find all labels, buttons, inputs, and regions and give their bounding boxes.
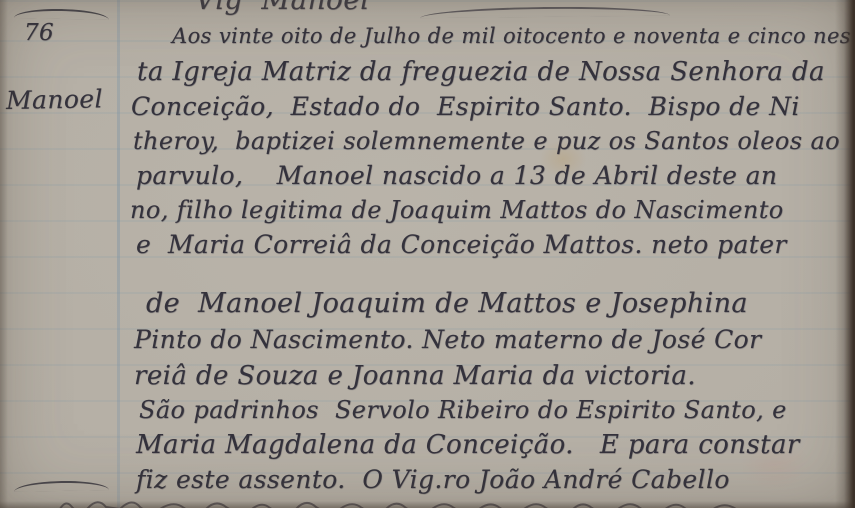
margin-vertical-rule [117, 0, 120, 508]
record-number: 76 [24, 20, 54, 46]
page-edge-shadow-left [0, 0, 8, 508]
margin-baptized-name: Manoel [6, 84, 103, 115]
manuscript-line: ta Igreja Matriz da freguezia de Nossa S… [137, 57, 825, 87]
manuscript-line: São padrinhos Servolo Ribeiro do Espirit… [139, 396, 787, 424]
page-edge-shadow-bottom [0, 501, 855, 508]
cropped-handwriting-top: Vig Manoel [195, 0, 370, 16]
manuscript-line: e Maria Correiâ da Conceição Mattos. net… [136, 230, 787, 259]
manuscript-line: Conceição, Estado do Espirito Santo. Bis… [131, 92, 800, 121]
manuscript-line: fiz este assento. O Vig.ro João André Ca… [136, 465, 730, 494]
manuscript-line: Aos vinte oito de Julho de mil oitocento… [172, 24, 851, 48]
manuscript-line: de Manoel Joaquim de Mattos e Josephina [146, 288, 748, 319]
book-binding-edge [835, 0, 855, 508]
manuscript-line: Pinto do Nascimento. Neto materno de Jos… [134, 325, 761, 354]
manuscript-line: parvulo, Manoel nascido a 13 de Abril de… [136, 161, 777, 190]
manuscript-line: no, filho legitima de Joaquim Mattos do … [130, 196, 784, 224]
manuscript-line: Maria Magdalena da Conceição. E para con… [136, 430, 800, 460]
manuscript-line: theroy, baptizei solemnemente e puz os S… [133, 127, 840, 155]
register-page-photo: Vig Manoel 76 Manoel Aos vinte oito de J… [0, 0, 855, 508]
manuscript-line: reiâ de Souza e Joanna Maria da victoria… [134, 361, 696, 391]
